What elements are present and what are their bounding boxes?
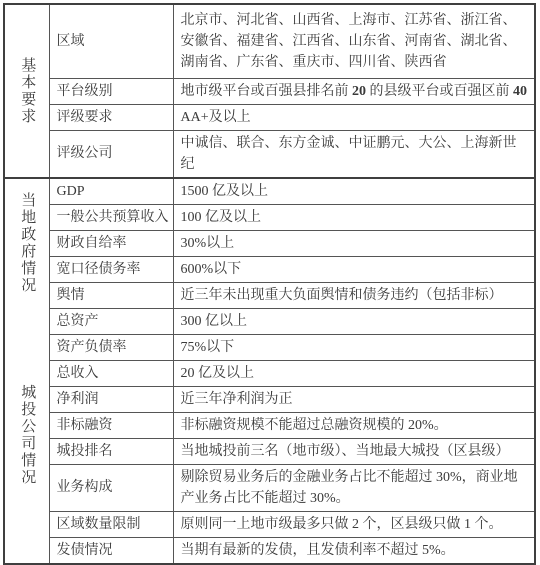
row-label-total-assets: 总资产 (49, 308, 173, 334)
row-label-wide-debt-ratio: 宽口径债务率 (49, 256, 173, 282)
table-row-public-opinion: 舆情近三年未出现重大负面舆情和债务违约（包括非标） (4, 282, 535, 308)
row-label-lgfv-ranking: 城投排名 (49, 438, 173, 464)
row-value-wide-debt-ratio: 600%以下 (173, 256, 535, 282)
row-label-region-quantity-limit: 区域数量限制 (49, 511, 173, 537)
table-row-rating-agency: 评级公司中诚信、联合、东方金诚、中证鹏元、大公、上海新世纪 (4, 130, 535, 178)
row-value-public-opinion: 近三年未出现重大负面舆情和债务违约（包括非标） (173, 282, 535, 308)
row-label-region: 区域 (49, 4, 173, 78)
row-value-region: 北京市、河北省、山西省、上海市、江苏省、浙江省、安徽省、福建省、江西省、山东省、… (173, 4, 535, 78)
screenshot-root: 基本要求区域北京市、河北省、山西省、上海市、江苏省、浙江省、安徽省、福建省、江西… (0, 0, 540, 541)
row-label-bond-issuance: 发债情况 (49, 537, 173, 564)
row-label-gdp: GDP (49, 178, 173, 205)
table-row-nonstandard-financing: 非标融资非标融资规模不能超过总融资规模的 20%。 (4, 412, 535, 438)
row-value-business-composition: 剔除贸易业务后的金融业务占比不能超过 30%，商业地产业务占比不能超过 30%。 (173, 464, 535, 511)
row-label-net-profit: 净利润 (49, 386, 173, 412)
row-label-fiscal-self-sufficiency: 财政自给率 (49, 230, 173, 256)
row-label-total-revenue: 总收入 (49, 360, 173, 386)
table-row-net-profit: 净利润近三年净利润为正 (4, 386, 535, 412)
table-row-total-assets: 城投公司情况总资产300 亿以上 (4, 308, 535, 334)
row-label-business-composition: 业务构成 (49, 464, 173, 511)
section-header-lgfv-company: 城投公司情况 (4, 308, 49, 564)
row-value-debt-asset-ratio: 75%以下 (173, 334, 535, 360)
table-row-total-revenue: 总收入20 亿及以上 (4, 360, 535, 386)
table-row-gdp: 当地政府情况GDP1500 亿及以上 (4, 178, 535, 205)
row-value-total-assets: 300 亿以上 (173, 308, 535, 334)
requirements-table: 基本要求区域北京市、河北省、山西省、上海市、江苏省、浙江省、安徽省、福建省、江西… (3, 3, 536, 565)
table-row-rating-requirement: 评级要求AA+及以上 (4, 104, 535, 130)
row-value-lgfv-ranking: 当地城投前三名（地市级）、当地最大城投（区县级） (173, 438, 535, 464)
row-value-rating-agency: 中诚信、联合、东方金诚、中证鹏元、大公、上海新世纪 (173, 130, 535, 178)
row-label-debt-asset-ratio: 资产负债率 (49, 334, 173, 360)
section-header-basic-requirements: 基本要求 (4, 4, 49, 178)
table-row-business-composition: 业务构成剔除贸易业务后的金融业务占比不能超过 30%，商业地产业务占比不能超过 … (4, 464, 535, 511)
row-value-gdp: 1500 亿及以上 (173, 178, 535, 205)
row-value-rating-requirement: AA+及以上 (173, 104, 535, 130)
row-value-platform-level: 地市级平台或百强县排名前 20 的县级平台或百强区前 40 (173, 78, 535, 104)
table-row-lgfv-ranking: 城投排名当地城投前三名（地市级）、当地最大城投（区县级） (4, 438, 535, 464)
table-row-general-budget-revenue: 一般公共预算收入100 亿及以上 (4, 204, 535, 230)
row-value-net-profit: 近三年净利润为正 (173, 386, 535, 412)
table-row-fiscal-self-sufficiency: 财政自给率30%以上 (4, 230, 535, 256)
row-label-rating-agency: 评级公司 (49, 130, 173, 178)
row-label-general-budget-revenue: 一般公共预算收入 (49, 204, 173, 230)
row-value-fiscal-self-sufficiency: 30%以上 (173, 230, 535, 256)
row-label-nonstandard-financing: 非标融资 (49, 412, 173, 438)
table-row-region: 基本要求区域北京市、河北省、山西省、上海市、江苏省、浙江省、安徽省、福建省、江西… (4, 4, 535, 78)
table-row-debt-asset-ratio: 资产负债率75%以下 (4, 334, 535, 360)
row-value-total-revenue: 20 亿及以上 (173, 360, 535, 386)
requirements-table-body: 基本要求区域北京市、河北省、山西省、上海市、江苏省、浙江省、安徽省、福建省、江西… (4, 4, 535, 564)
row-value-region-quantity-limit: 原则同一上地市级最多只做 2 个，区县级只做 1 个。 (173, 511, 535, 537)
row-label-platform-level: 平台级别 (49, 78, 173, 104)
table-row-platform-level: 平台级别地市级平台或百强县排名前 20 的县级平台或百强区前 40 (4, 78, 535, 104)
row-value-general-budget-revenue: 100 亿及以上 (173, 204, 535, 230)
row-value-bond-issuance: 当期有最新的发债，且发债利率不超过 5%。 (173, 537, 535, 564)
table-row-region-quantity-limit: 区域数量限制原则同一上地市级最多只做 2 个，区县级只做 1 个。 (4, 511, 535, 537)
table-row-wide-debt-ratio: 宽口径债务率600%以下 (4, 256, 535, 282)
row-label-rating-requirement: 评级要求 (49, 104, 173, 130)
row-label-public-opinion: 舆情 (49, 282, 173, 308)
section-header-local-government: 当地政府情况 (4, 178, 49, 309)
row-value-nonstandard-financing: 非标融资规模不能超过总融资规模的 20%。 (173, 412, 535, 438)
